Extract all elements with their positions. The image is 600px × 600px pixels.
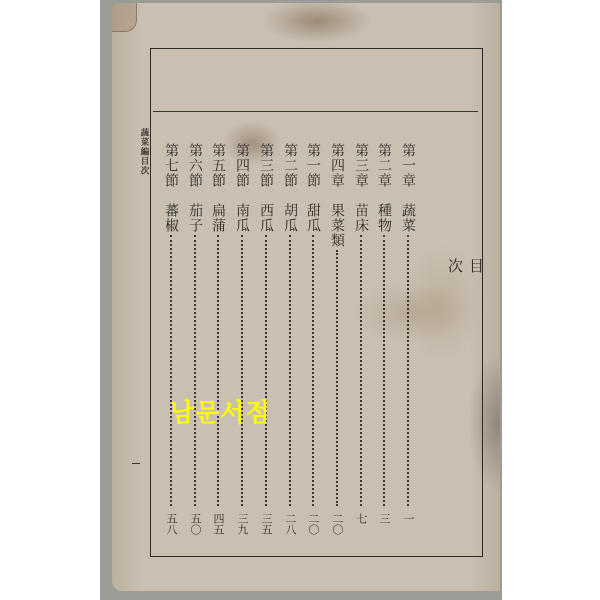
margin-running-title: 蔬菜編目次 <box>136 128 150 176</box>
dotted-leader <box>360 235 362 506</box>
toc-entry-page-number: 三九 <box>234 513 250 535</box>
toc-entry-page-number: 二八 <box>282 513 298 535</box>
margin-page-number <box>132 463 140 464</box>
toc-entry-page-number: 五八 <box>163 513 179 535</box>
toc-entry-page-number: 二〇 <box>305 513 321 535</box>
toc-entry: 第五節 扁蒲四五 <box>210 143 226 563</box>
toc-entry-label: 第六節 茄子 <box>187 143 203 233</box>
toc-entry-page-number: 二〇 <box>329 513 345 535</box>
page-corner-fold <box>112 3 137 32</box>
toc-heading-char-2: 次 <box>445 258 466 313</box>
dotted-leader <box>217 235 219 506</box>
dotted-leader <box>170 235 172 506</box>
toc-entry: 第四章 果菜類二〇 <box>329 143 345 563</box>
toc-entry: 第二章 種物三 <box>376 143 392 563</box>
dotted-leader <box>194 235 196 506</box>
dotted-leader <box>383 235 385 506</box>
dotted-leader <box>289 235 291 506</box>
toc-entry: 第三節 西瓜三五 <box>258 143 274 563</box>
toc-entry-label: 第三節 西瓜 <box>258 143 274 233</box>
toc-heading: 目 次 <box>445 258 487 313</box>
dotted-leader <box>336 250 338 506</box>
toc-entry: 第七節 蕃椒五八 <box>163 143 179 563</box>
toc-entry-label: 第五節 扁蒲 <box>210 143 226 233</box>
toc-entry: 第一章 蔬菜一 <box>400 143 416 563</box>
toc-entry-page-number: 三五 <box>258 513 274 535</box>
toc-entry: 第一節 甜瓜二〇 <box>305 143 321 563</box>
toc-heading-char-1: 目 <box>466 258 487 273</box>
background-left <box>0 0 112 600</box>
toc-entry: 第四節 南瓜三九 <box>234 143 250 563</box>
toc-entry: 第三章 苗床七 <box>353 143 369 563</box>
dotted-leader <box>241 235 243 506</box>
book-page: 蔬菜編目次 目 次 第一章 蔬菜一第二章 種物三第三章 苗床七第四章 果菜類二〇… <box>112 3 500 591</box>
toc-entry: 第二節 胡瓜二八 <box>282 143 298 563</box>
toc-entry: 第六節 茄子五〇 <box>187 143 203 563</box>
toc-entry-label: 第四章 果菜類 <box>329 143 345 248</box>
toc-entry-page-number: 四五 <box>210 513 226 535</box>
toc-entry-label: 第一章 蔬菜 <box>400 143 416 233</box>
toc-entry-page-number: 七 <box>353 513 369 524</box>
toc-entry-label: 第二節 胡瓜 <box>282 143 298 233</box>
toc-entry-label: 第七節 蕃椒 <box>163 143 179 233</box>
toc-entry-page-number: 五〇 <box>187 513 203 535</box>
watermark-text: 남문서점 <box>170 393 271 429</box>
toc-entry-label: 第四節 南瓜 <box>234 143 250 233</box>
dotted-leader <box>312 235 314 506</box>
dotted-leader <box>407 235 409 506</box>
toc-entry-label: 第二章 種物 <box>376 143 392 233</box>
toc-entry-label: 第一節 甜瓜 <box>305 143 321 233</box>
dotted-leader <box>265 235 267 506</box>
header-rule-line <box>153 111 478 112</box>
toc-entry-page-number: 一 <box>400 513 416 524</box>
toc-entry-page-number: 三 <box>376 513 392 524</box>
toc-entry-label: 第三章 苗床 <box>353 143 369 233</box>
